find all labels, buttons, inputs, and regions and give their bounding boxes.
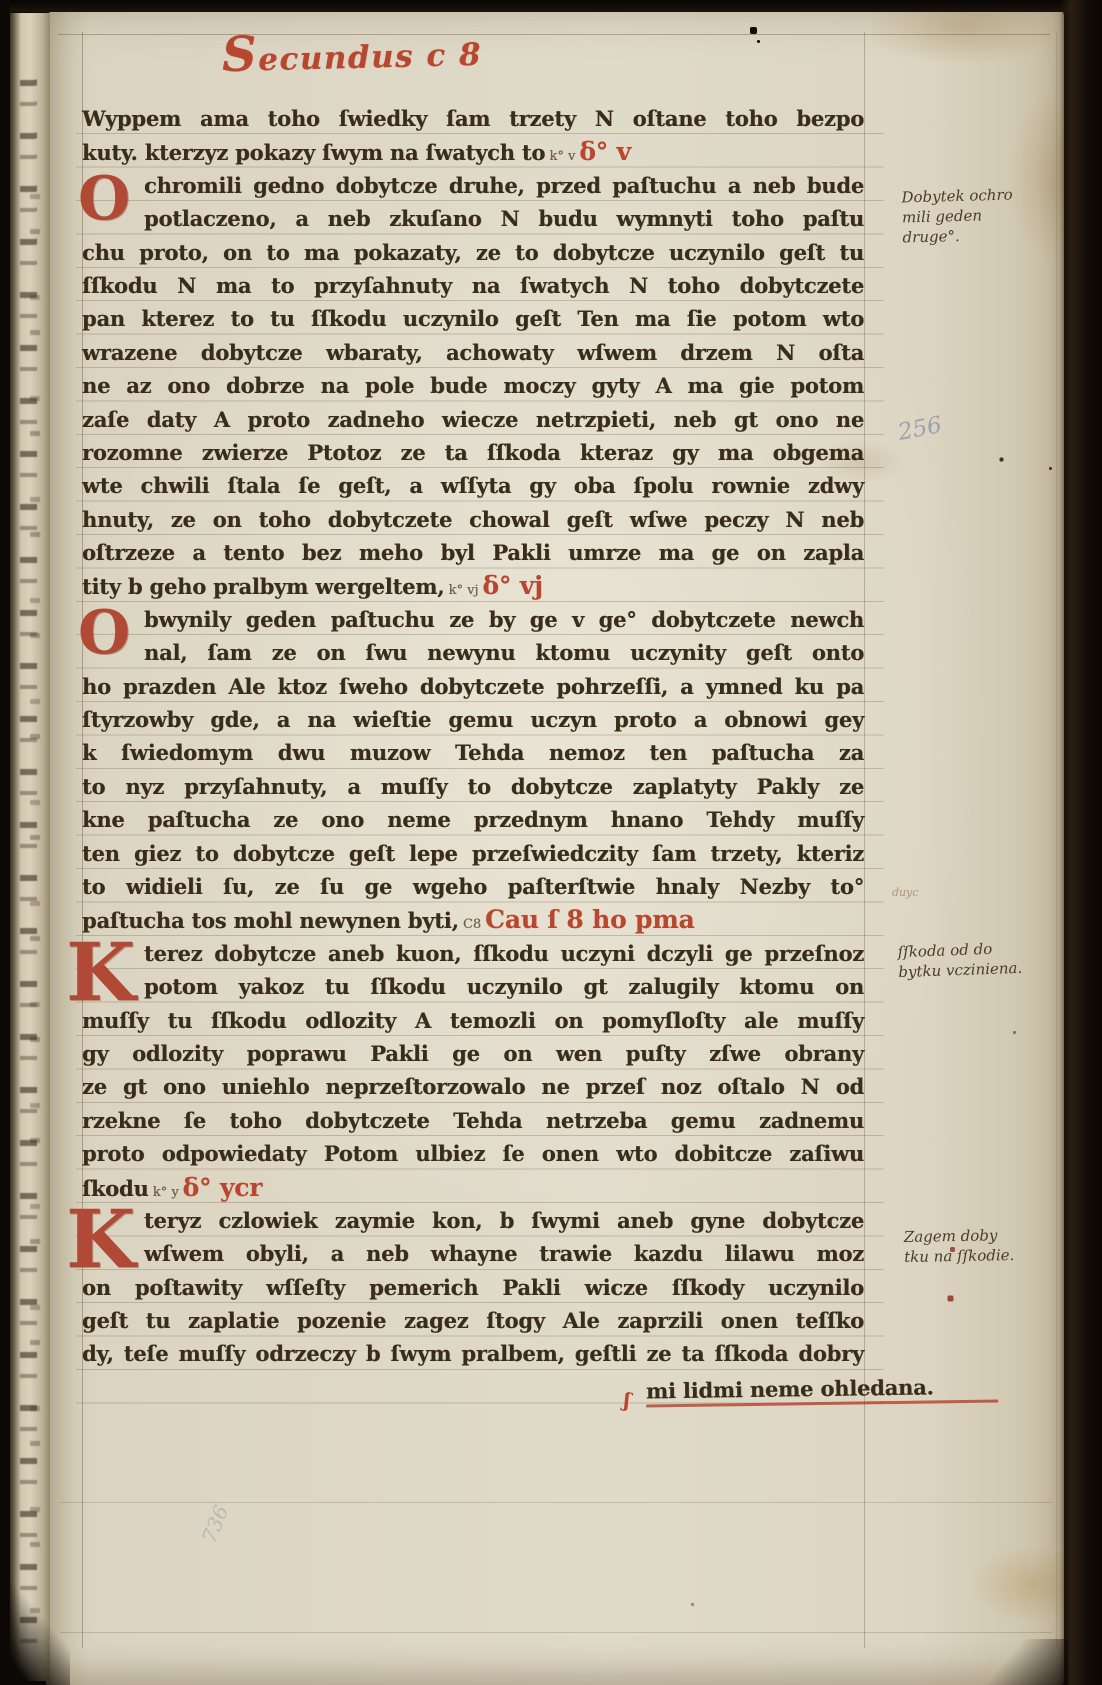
- shadow-bottom-right: [978, 1639, 1068, 1685]
- text-line: kne paſtucha ze ono neme przednym hnano …: [82, 803, 864, 836]
- text-segment: wſwem obyli, a neb whayne trawie kazdu l…: [144, 1241, 864, 1266]
- text-line: gy odlozity poprawu Pakli ge on wen puſt…: [82, 1037, 864, 1070]
- text-line: paſtucha tos mohl newynen byti, C8 Cau ſ…: [82, 903, 864, 936]
- margin-note-line: Dobytek ochro: [901, 185, 1013, 208]
- margin-note-note-top: Dobytek ochromili gedendruge°.: [901, 185, 1014, 248]
- rubricator-mark: ʃ: [621, 1388, 633, 1413]
- closing-line: mi lidmi neme ohledana.: [646, 1374, 998, 1408]
- binding-edge-top: [0, 0, 1102, 12]
- text-segment: proto odpowiedaty Potom ulbiez ſe onen w…: [82, 1141, 864, 1166]
- margin-note-line: bytku vcziniena.: [898, 958, 1023, 982]
- text-line: oſtrzeze a tento bez meho byl Pakli umrz…: [82, 536, 864, 569]
- text-line: ne az ono dobrze na pole bude moczy gyty…: [82, 369, 864, 402]
- text-segment: ſſkodu N ma to przyſahnuty na ſwatych N …: [82, 273, 864, 298]
- shadow-bottom-left: [0, 1575, 70, 1685]
- margin-note-line: druge°.: [902, 225, 1014, 248]
- text-line: potom yakoz tu ſſkodu uczynilo gt zalugi…: [82, 970, 864, 1003]
- gutter-text-fragments-2: [30, 133, 40, 1613]
- rubric-segment: Cau ſ 8 ho pma: [485, 905, 694, 934]
- text-line: ſſkodu N ma to przyſahnuty na ſwatych N …: [82, 269, 864, 302]
- bottom-ruling-line-1: [60, 1502, 1052, 1503]
- right-margin-rule: [864, 32, 865, 1648]
- text-segment: potlaczeno, a neb zkuſano N budu wymnyti…: [144, 206, 864, 231]
- text-block: Obwynily geden paſtuchu ze by ge v ge° d…: [82, 603, 864, 937]
- margin-note-line: tku na ſſkodie.: [904, 1245, 1015, 1267]
- text-segment: Wyppem ama toho ſwiedky ſam trzety N oſt…: [82, 106, 864, 131]
- text-segment: bwynily geden paſtuchu ze by ge v ge° do…: [144, 607, 864, 632]
- margin-note-line: Zagem doby: [904, 1225, 1015, 1247]
- text-segment: nal, ſam ze on ſwu newynu ktomu uczynity…: [144, 640, 864, 665]
- pencil-shelf-mark: 736: [197, 1502, 234, 1546]
- text-line: ten giez to dobytcze geſt lepe przeſwied…: [82, 837, 864, 870]
- text-segment: rzekne ſe toho dobytczete Tehda netrzeba…: [82, 1108, 864, 1133]
- illuminated-initial: K: [66, 933, 135, 1011]
- margin-note-note-mid: ſſkoda od dobytku vcziniena.: [897, 938, 1022, 982]
- text-block: Kterez dobytcze aneb kuon, ſſkodu uczyni…: [82, 937, 864, 1204]
- text-segment: gy odlozity poprawu Pakli ge on wen puſt…: [82, 1041, 864, 1066]
- text-line: wrazene dobytcze wbaraty, achowaty wſwem…: [82, 336, 864, 369]
- bottom-ruling-line-2: [60, 1632, 1052, 1633]
- text-segment: wte chwili ſtala ſe geſt, a wſſyta gy ob…: [82, 473, 864, 498]
- text-block: Kteryz czlowiek zaymie kon, b ſwymi aneb…: [82, 1204, 864, 1371]
- text-line: muſſy tu ſſkodu odlozity A temozli on po…: [82, 1004, 864, 1037]
- text-line: proto odpowiedaty Potom ulbiez ſe onen w…: [82, 1137, 864, 1170]
- book-gutter-page-edges: [8, 13, 50, 1681]
- margin-note-note-bottom: Zagem dobytku na ſſkodie.: [904, 1225, 1015, 1267]
- text-line: potlaczeno, a neb zkuſano N budu wymnyti…: [82, 202, 864, 235]
- illuminated-initial: K: [66, 1200, 135, 1278]
- text-line: kuty. kterzyz pokazy ſwym na ſwatych to …: [82, 135, 864, 168]
- text-segment: paſtucha tos mohl newynen byti,: [82, 908, 459, 933]
- text-segment: ſtyrzowby gde, a na wieſtie gemu uczyn p…: [82, 707, 864, 732]
- binding-edge-left: [0, 0, 10, 1685]
- text-line: to widieli ſu, ze ſu ge wgeho paſterſtwi…: [82, 870, 864, 903]
- text-line: pan kterez to tu ſſkodu uczynilo geſt Te…: [82, 302, 864, 335]
- text-column: Wyppem ama toho ſwiedky ſam trzety N oſt…: [82, 102, 864, 1371]
- text-segment: ze gt ono uniehlo neprzeſtorzowalo ne pr…: [82, 1074, 864, 1099]
- top-ruling-line: [58, 34, 1050, 35]
- rubric-segment: δ° vj: [483, 571, 543, 600]
- text-segment: terez dobytcze aneb kuon, ſſkodu uczyni …: [144, 941, 864, 966]
- text-line: rozomne zwierze Ptotoz ze ta ſſkoda kter…: [82, 436, 864, 469]
- text-line: wſwem obyli, a neb whayne trawie kazdu l…: [82, 1237, 864, 1270]
- text-line: on poſtawity wſſeſty pemerich Pakli wicz…: [82, 1271, 864, 1304]
- text-line: wte chwili ſtala ſe geſt, a wſſyta gy ob…: [82, 469, 864, 502]
- text-line: hnuty, ze on toho dobytczete chowal geſt…: [82, 503, 864, 536]
- text-segment: oſtrzeze a tento bez meho byl Pakli umrz…: [82, 540, 864, 565]
- text-segment: k° v: [545, 149, 579, 164]
- text-segment: hnuty, ze on toho dobytczete chowal geſt…: [82, 507, 864, 532]
- text-segment: kne paſtucha ze ono neme przednym hnano …: [82, 807, 864, 832]
- text-line: tity b geho pralbym wergeltem, k° vj δ° …: [82, 569, 864, 602]
- text-segment: rozomne zwierze Ptotoz ze ta ſſkoda kter…: [82, 440, 864, 465]
- text-line: bwynily geden paſtuchu ze by ge v ge° do…: [82, 603, 864, 636]
- rubric-segment: δ° v: [579, 137, 631, 166]
- binding-edge-right: [1060, 0, 1102, 1685]
- text-line: teryz czlowiek zaymie kon, b ſwymi aneb …: [82, 1204, 864, 1237]
- text-line: k ſwiedomym dwu muzow Tehda nemoz ten pa…: [82, 736, 864, 769]
- text-segment: dy, teſe muſſy odrzeczy b ſwym pralbem, …: [82, 1341, 864, 1366]
- text-segment: ne az ono dobrze na pole bude moczy gyty…: [82, 373, 864, 398]
- rubric-heading: Secundus c 8: [221, 29, 482, 81]
- text-line: dy, teſe muſſy odrzeczy b ſwym pralbem, …: [82, 1337, 864, 1370]
- text-line: chu proto, on to ma pokazaty, ze to doby…: [82, 236, 864, 269]
- illuminated-initial: O: [78, 167, 130, 231]
- text-segment: pan kterez to tu ſſkodu uczynilo geſt Te…: [82, 306, 864, 331]
- tiny-margin-note: duyc: [892, 886, 919, 899]
- text-segment: C8: [459, 917, 485, 932]
- text-line: zaſe daty A proto zadneho wiecze netrzpi…: [82, 403, 864, 436]
- text-line: ſkodu k° y δ° ycr: [82, 1171, 864, 1204]
- text-segment: ten giez to dobytcze geſt lepe przeſwied…: [82, 841, 864, 866]
- text-segment: ho prazden Ale ktoz ſweho dobytczete poh…: [82, 674, 864, 699]
- folio-number: 256: [896, 412, 944, 446]
- text-block: Ochromili gedno dobytcze druhe, przed pa…: [82, 169, 864, 603]
- text-line: to nyz przyſahnuty, a muſſy to dobytcze …: [82, 770, 864, 803]
- text-segment: wrazene dobytcze wbaraty, achowaty wſwem…: [82, 340, 864, 365]
- text-segment: muſſy tu ſſkodu odlozity A temozli on po…: [82, 1008, 864, 1033]
- text-line: geſt tu zaplatie pozenie zagez ſtogy Ale…: [82, 1304, 864, 1337]
- text-line: Wyppem ama toho ſwiedky ſam trzety N oſt…: [82, 102, 864, 135]
- text-line: terez dobytcze aneb kuon, ſſkodu uczyni …: [82, 937, 864, 970]
- text-line: ſtyrzowby gde, a na wieſtie gemu uczyn p…: [82, 703, 864, 736]
- text-segment: k° y: [149, 1185, 183, 1200]
- text-segment: k° vj: [444, 583, 482, 598]
- text-segment: kuty. kterzyz pokazy ſwym na ſwatych to: [82, 140, 545, 165]
- illuminated-initial: O: [78, 601, 130, 665]
- text-line: chromili gedno dobytcze druhe, przed paſ…: [82, 169, 864, 202]
- manuscript-page: Secundus c 8 Wyppem ama toho ſwiedky ſam…: [46, 10, 1064, 1685]
- text-segment: zaſe daty A proto zadneho wiecze netrzpi…: [82, 407, 864, 432]
- text-segment: potom yakoz tu ſſkodu uczynilo gt zalugi…: [144, 974, 864, 999]
- page-edge-rule: [1056, 32, 1057, 1648]
- text-line: ze gt ono uniehlo neprzeſtorzowalo ne pr…: [82, 1070, 864, 1103]
- text-block: Wyppem ama toho ſwiedky ſam trzety N oſt…: [82, 102, 864, 169]
- text-segment: k ſwiedomym dwu muzow Tehda nemoz ten pa…: [82, 740, 864, 765]
- text-segment: geſt tu zaplatie pozenie zagez ſtogy Ale…: [82, 1308, 864, 1333]
- text-segment: chu proto, on to ma pokazaty, ze to doby…: [82, 240, 864, 265]
- text-segment: teryz czlowiek zaymie kon, b ſwymi aneb …: [144, 1208, 864, 1233]
- text-segment: to widieli ſu, ze ſu ge wgeho paſterſtwi…: [82, 874, 864, 899]
- text-segment: chromili gedno dobytcze druhe, przed paſ…: [144, 173, 864, 198]
- text-line: nal, ſam ze on ſwu newynu ktomu uczynity…: [82, 636, 864, 669]
- text-line: ho prazden Ale ktoz ſweho dobytczete poh…: [82, 670, 864, 703]
- rubric-segment: δ° ycr: [183, 1173, 263, 1202]
- text-segment: on poſtawity wſſeſty pemerich Pakli wicz…: [82, 1275, 864, 1300]
- text-segment: tity b geho pralbym wergeltem,: [82, 574, 444, 599]
- text-line: rzekne ſe toho dobytczete Tehda netrzeba…: [82, 1104, 864, 1137]
- text-segment: to nyz przyſahnuty, a muſſy to dobytcze …: [82, 774, 864, 799]
